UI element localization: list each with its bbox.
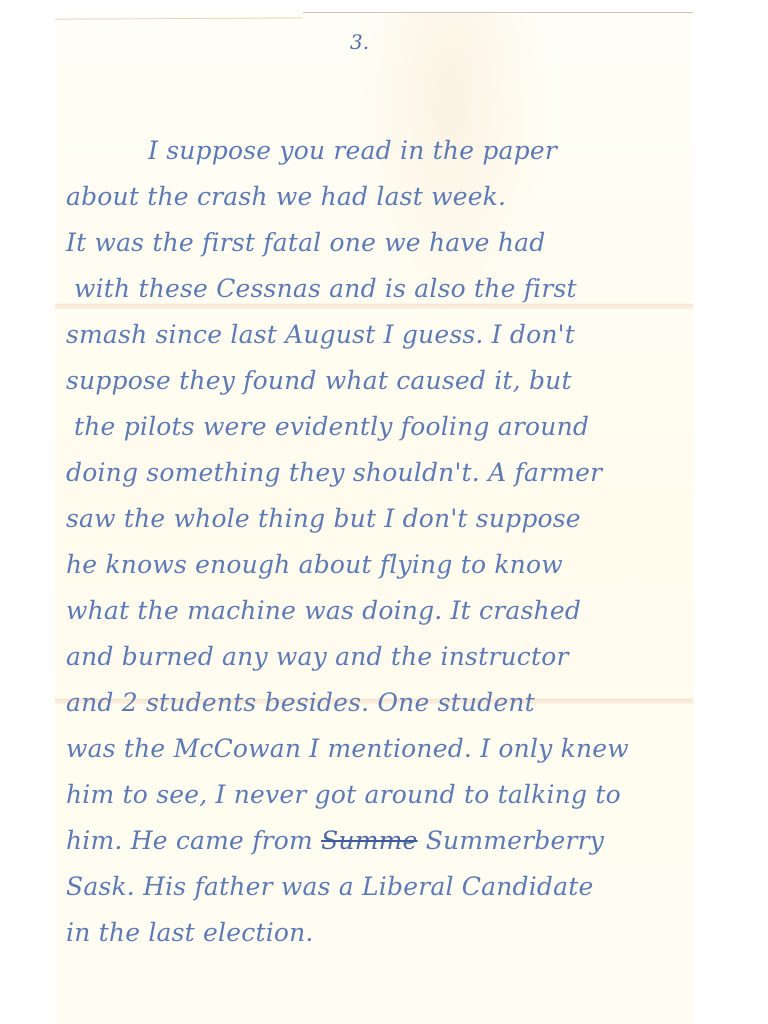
letter-line: him to see, I never got around to talkin… — [66, 772, 696, 818]
letter-line: him. He came from Summe Summerberry — [66, 818, 696, 864]
letter-line: about the crash we had last week. — [66, 174, 696, 220]
letter-body: I suppose you read in the paper about th… — [66, 128, 696, 956]
letter-line: and 2 students besides. One student — [66, 680, 696, 726]
letter-line: what the machine was doing. It crashed — [66, 588, 696, 634]
paper-top-edge — [303, 12, 693, 13]
letter-line: and burned any way and the instructor — [66, 634, 696, 680]
letter-line: with these Cessnas and is also the first — [66, 266, 696, 312]
letter-line: in the last election. — [66, 910, 696, 956]
page-number: 3. — [350, 30, 369, 54]
letter-line: Sask. His father was a Liberal Candidate — [66, 864, 696, 910]
letter-line: I suppose you read in the paper — [66, 128, 696, 174]
struck-out-word: Summe — [321, 826, 417, 855]
letter-line: It was the first fatal one we have had — [66, 220, 696, 266]
letter-line: smash since last August I guess. I don't — [66, 312, 696, 358]
letter-line: suppose they found what caused it, but — [66, 358, 696, 404]
letter-line: saw the whole thing but I don't suppose — [66, 496, 696, 542]
line-text: him. He came from — [66, 826, 321, 855]
line-text: Summerberry — [418, 826, 605, 855]
letter-line: was the McCowan I mentioned. I only knew — [66, 726, 696, 772]
letter-line: doing something they shouldn't. A farmer — [66, 450, 696, 496]
letter-line: the pilots were evidently fooling around — [66, 404, 696, 450]
letter-line: he knows enough about flying to know — [66, 542, 696, 588]
